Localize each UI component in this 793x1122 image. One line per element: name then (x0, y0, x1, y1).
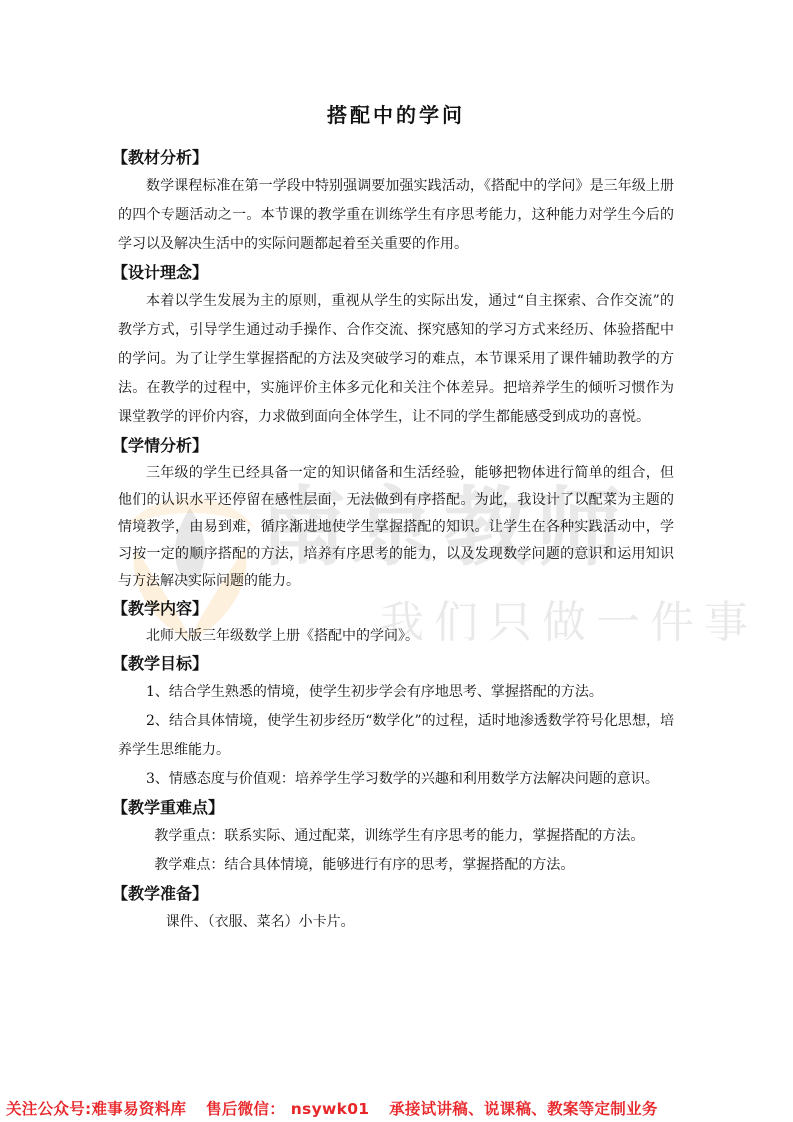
section-heading: 【教材分析】 (112, 144, 674, 172)
section-teaching-preparation: 【教学准备】 课件、（衣服、菜名）小卡片。 (118, 880, 674, 937)
section-key-difficult-points: 【教学重难点】 教学重点：联系实际、通过配菜，训练学生有序思考的能力，掌握搭配的… (118, 794, 674, 880)
section-design-concept: 【设计理念】 本着以学生发展为主的原则，重视从学生的实际出发，通过“自主探索、合… (118, 259, 674, 432)
footer-service-text: 承接试讲稿、说课稿、教案等定制业务 (389, 1100, 658, 1118)
paragraph: 数学课程标准在第一学段中特别强调要加强实践活动，《搭配中的学问》是三年级上册的四… (118, 172, 674, 259)
key-point: 教学重点：联系实际、通过配菜，训练学生有序思考的能力，掌握搭配的方法。 (118, 822, 674, 851)
document-content: 搭配中的学问 【教材分析】 数学课程标准在第一学段中特别强调要加强实践活动，《搭… (118, 100, 674, 937)
section-teaching-objectives: 【教学目标】 1、结合学生熟悉的情境，使学生初步学会有序地思考、掌握搭配的方法。… (118, 650, 674, 794)
difficult-point: 教学难点：结合具体情境，能够进行有序的思考，掌握搭配的方法。 (118, 851, 674, 880)
section-teaching-content: 【教学内容】 北师大版三年级数学上册《搭配中的学问》。 (118, 595, 674, 650)
paragraph: 课件、（衣服、菜名）小卡片。 (118, 908, 674, 937)
objective-item: 2、结合具体情境，使学生初步经历“数学化”的过程，适时地渗透数学符号化思想，培养… (118, 707, 674, 765)
section-textbook-analysis: 【教材分析】 数学课程标准在第一学段中特别强调要加强实践活动，《搭配中的学问》是… (118, 144, 674, 259)
document-page: 南京教师 我们只做一件事 搭配中的学问 【教材分析】 数学课程标准在第一学段中特… (0, 0, 793, 1122)
footer-follow-text: 关注公众号:难事易资料库 (6, 1100, 186, 1118)
paragraph: 本着以学生发展为主的原则，重视从学生的实际出发，通过“自主探索、合作交流”的教学… (118, 287, 674, 432)
footer-banner: 关注公众号:难事易资料库 售后微信： nsywk01 承接试讲稿、说课稿、教案等… (6, 1097, 793, 1119)
section-heading: 【教学重难点】 (112, 794, 674, 822)
section-heading: 【教学目标】 (112, 650, 674, 678)
section-student-analysis: 【学情分析】 三年级的学生已经具备一定的知识储备和生活经验，能够把物体进行简单的… (118, 432, 674, 595)
section-heading: 【学情分析】 (112, 432, 674, 460)
paragraph: 三年级的学生已经具备一定的知识储备和生活经验，能够把物体进行简单的组合，但他们的… (118, 460, 674, 595)
paragraph: 北师大版三年级数学上册《搭配中的学问》。 (118, 623, 674, 650)
section-heading: 【设计理念】 (112, 259, 674, 287)
document-title: 搭配中的学问 (118, 100, 674, 130)
footer-wechat-text: 售后微信： nsywk01 (206, 1100, 369, 1118)
section-heading: 【教学准备】 (112, 880, 674, 908)
objective-item: 3、情感态度与价值观：培养学生学习数学的兴趣和利用数学方法解决问题的意识。 (118, 765, 674, 794)
section-heading: 【教学内容】 (112, 595, 674, 623)
objective-item: 1、结合学生熟悉的情境，使学生初步学会有序地思考、掌握搭配的方法。 (118, 678, 674, 707)
